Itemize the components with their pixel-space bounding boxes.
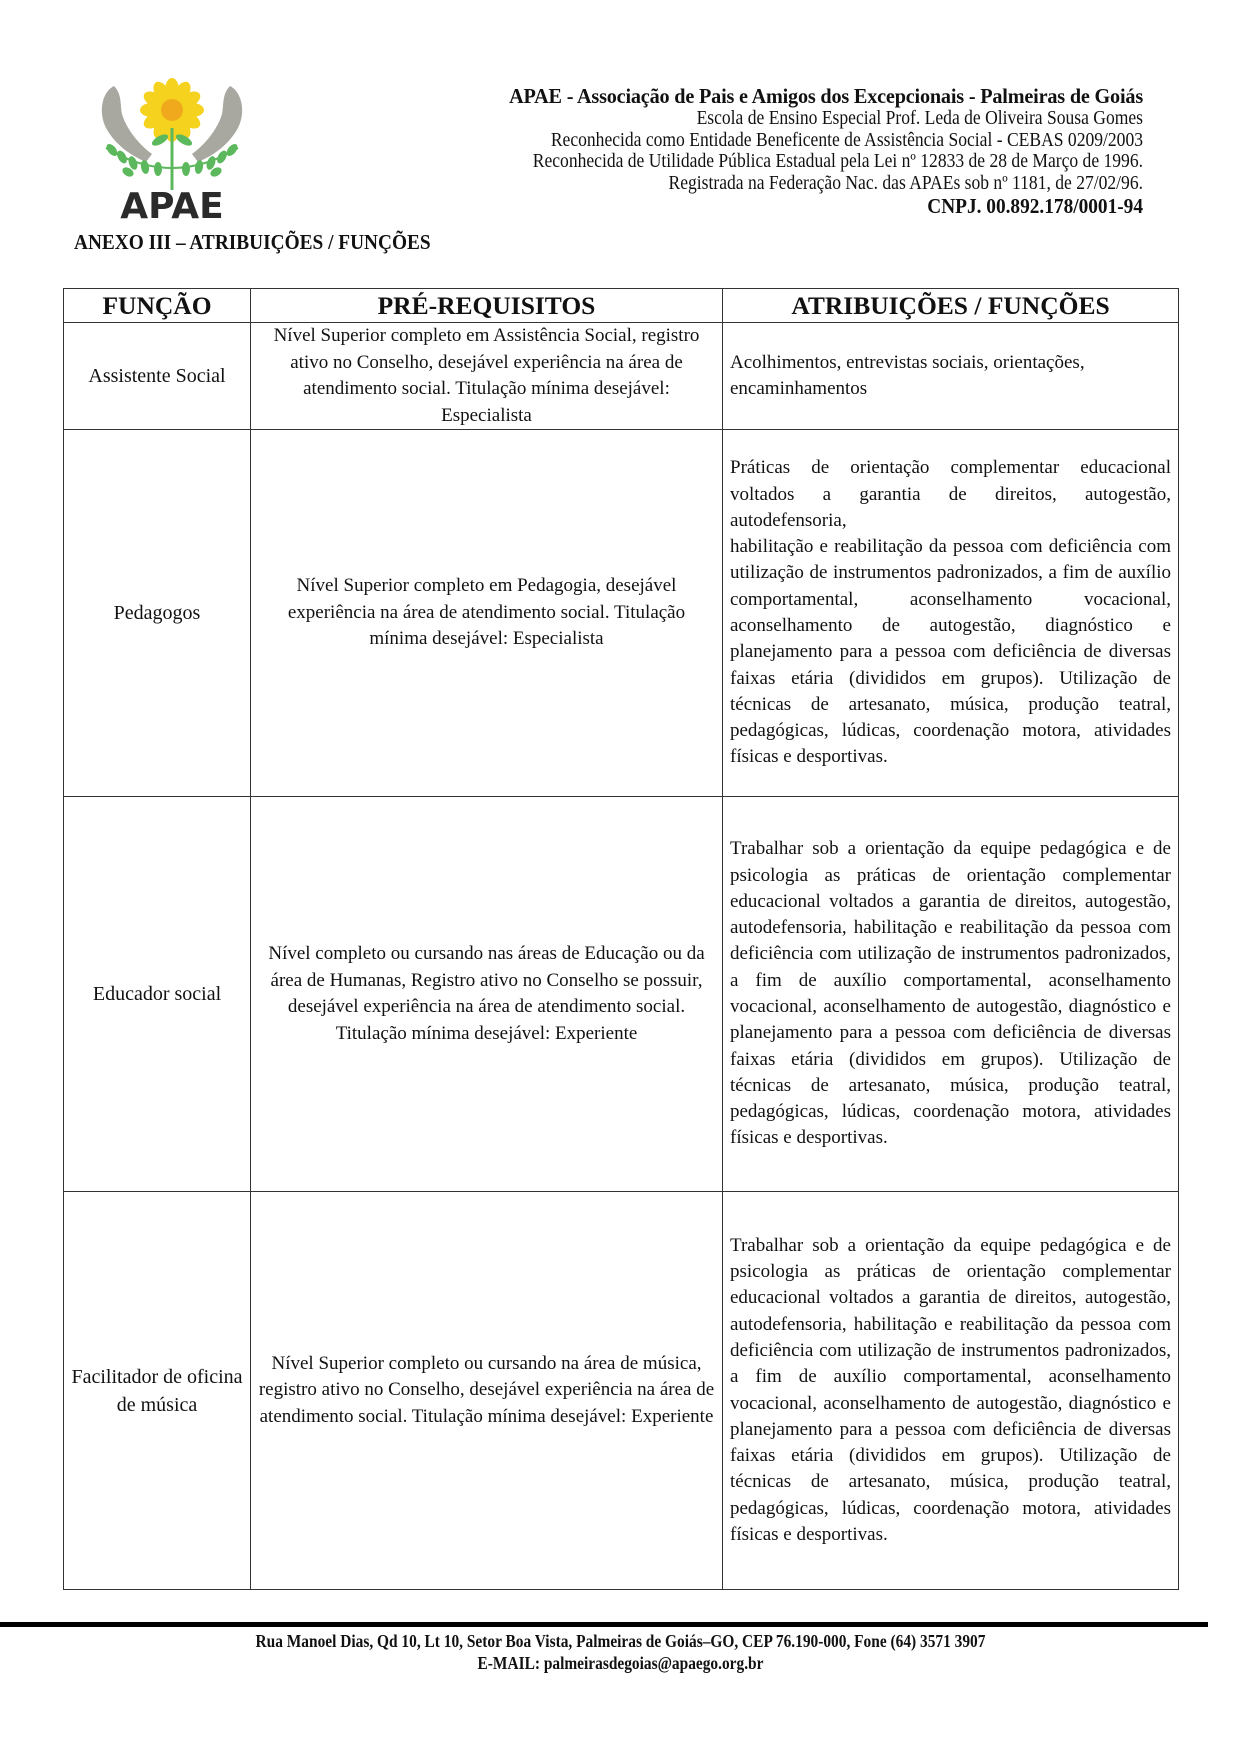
header-atribuicoes: ATRIBUIÇÕES / FUNÇÕES <box>723 289 1179 323</box>
svg-text:APAE: APAE <box>120 186 223 223</box>
apae-logo: APAE <box>92 78 252 223</box>
apae-flower-hands-icon: APAE <box>92 78 252 223</box>
cell-funcao: Pedagogos <box>64 430 251 797</box>
cell-funcao: Educador social <box>64 797 251 1192</box>
cell-atribuicoes: Trabalhar sob a orientação da equipe ped… <box>723 1192 1179 1590</box>
cell-prerequisitos: Nível Superior completo ou cursando na á… <box>251 1192 723 1590</box>
footer-email: E-MAIL: palmeirasdegoias@apaego.org.br <box>74 1652 1166 1674</box>
header-prerequisitos: PRÉ-REQUISITOS <box>251 289 723 323</box>
header-funcao: FUNÇÃO <box>64 289 251 323</box>
footer: Rua Manoel Dias, Qd 10, Lt 10, Setor Boa… <box>0 1630 1241 1674</box>
letterhead-line-cebas: Reconhecida como Entidade Beneficente de… <box>333 130 1143 152</box>
cell-prerequisitos: Nível Superior completo em Assistência S… <box>251 323 723 430</box>
footer-divider <box>0 1622 1208 1627</box>
letterhead-line-utility: Reconhecida de Utilidade Pública Estadua… <box>333 151 1143 173</box>
cell-funcao: Facilitador de oficina de música <box>64 1192 251 1590</box>
letterhead-line-school: Escola de Ensino Especial Prof. Leda de … <box>333 108 1143 130</box>
cell-prerequisitos: Nível completo ou cursando nas áreas de … <box>251 797 723 1192</box>
cell-funcao: Assistente Social <box>64 323 251 430</box>
atribuicoes-part-1: Práticas de orientação complementar educ… <box>730 455 1171 534</box>
cell-prerequisitos: Nível Superior completo em Pedagogia, de… <box>251 430 723 797</box>
cnpj: CNPJ. 00.892.178/0001-94 <box>315 194 1143 218</box>
cell-atribuicoes: Práticas de orientação complementar educ… <box>723 430 1179 797</box>
organization-name: APAE - Associação de Pais e Amigos dos E… <box>297 84 1143 108</box>
table-row: Pedagogos Nível Superior completo em Ped… <box>64 430 1179 797</box>
table-row: Educador social Nível completo ou cursan… <box>64 797 1179 1192</box>
letterhead: APAE - Associação de Pais e Amigos dos E… <box>243 84 1143 218</box>
annex-title: ANEXO III – ATRIBUIÇÕES / FUNÇÕES <box>74 230 431 255</box>
letterhead-line-registration: Registrada na Federação Nac. das APAEs s… <box>333 173 1143 195</box>
cell-atribuicoes: Trabalhar sob a orientação da equipe ped… <box>723 797 1179 1192</box>
table-row: Facilitador de oficina de música Nível S… <box>64 1192 1179 1590</box>
footer-address: Rua Manoel Dias, Qd 10, Lt 10, Setor Boa… <box>74 1630 1166 1652</box>
cell-atribuicoes: Acolhimentos, entrevistas sociais, orien… <box>723 323 1179 430</box>
atribuicoes-part-2: habilitação e reabilitação da pessoa com… <box>730 534 1171 771</box>
table-row: Assistente Social Nível Superior complet… <box>64 323 1179 430</box>
roles-table: FUNÇÃO PRÉ-REQUISITOS ATRIBUIÇÕES / FUNÇ… <box>63 288 1179 1590</box>
table-header-row: FUNÇÃO PRÉ-REQUISITOS ATRIBUIÇÕES / FUNÇ… <box>64 289 1179 323</box>
